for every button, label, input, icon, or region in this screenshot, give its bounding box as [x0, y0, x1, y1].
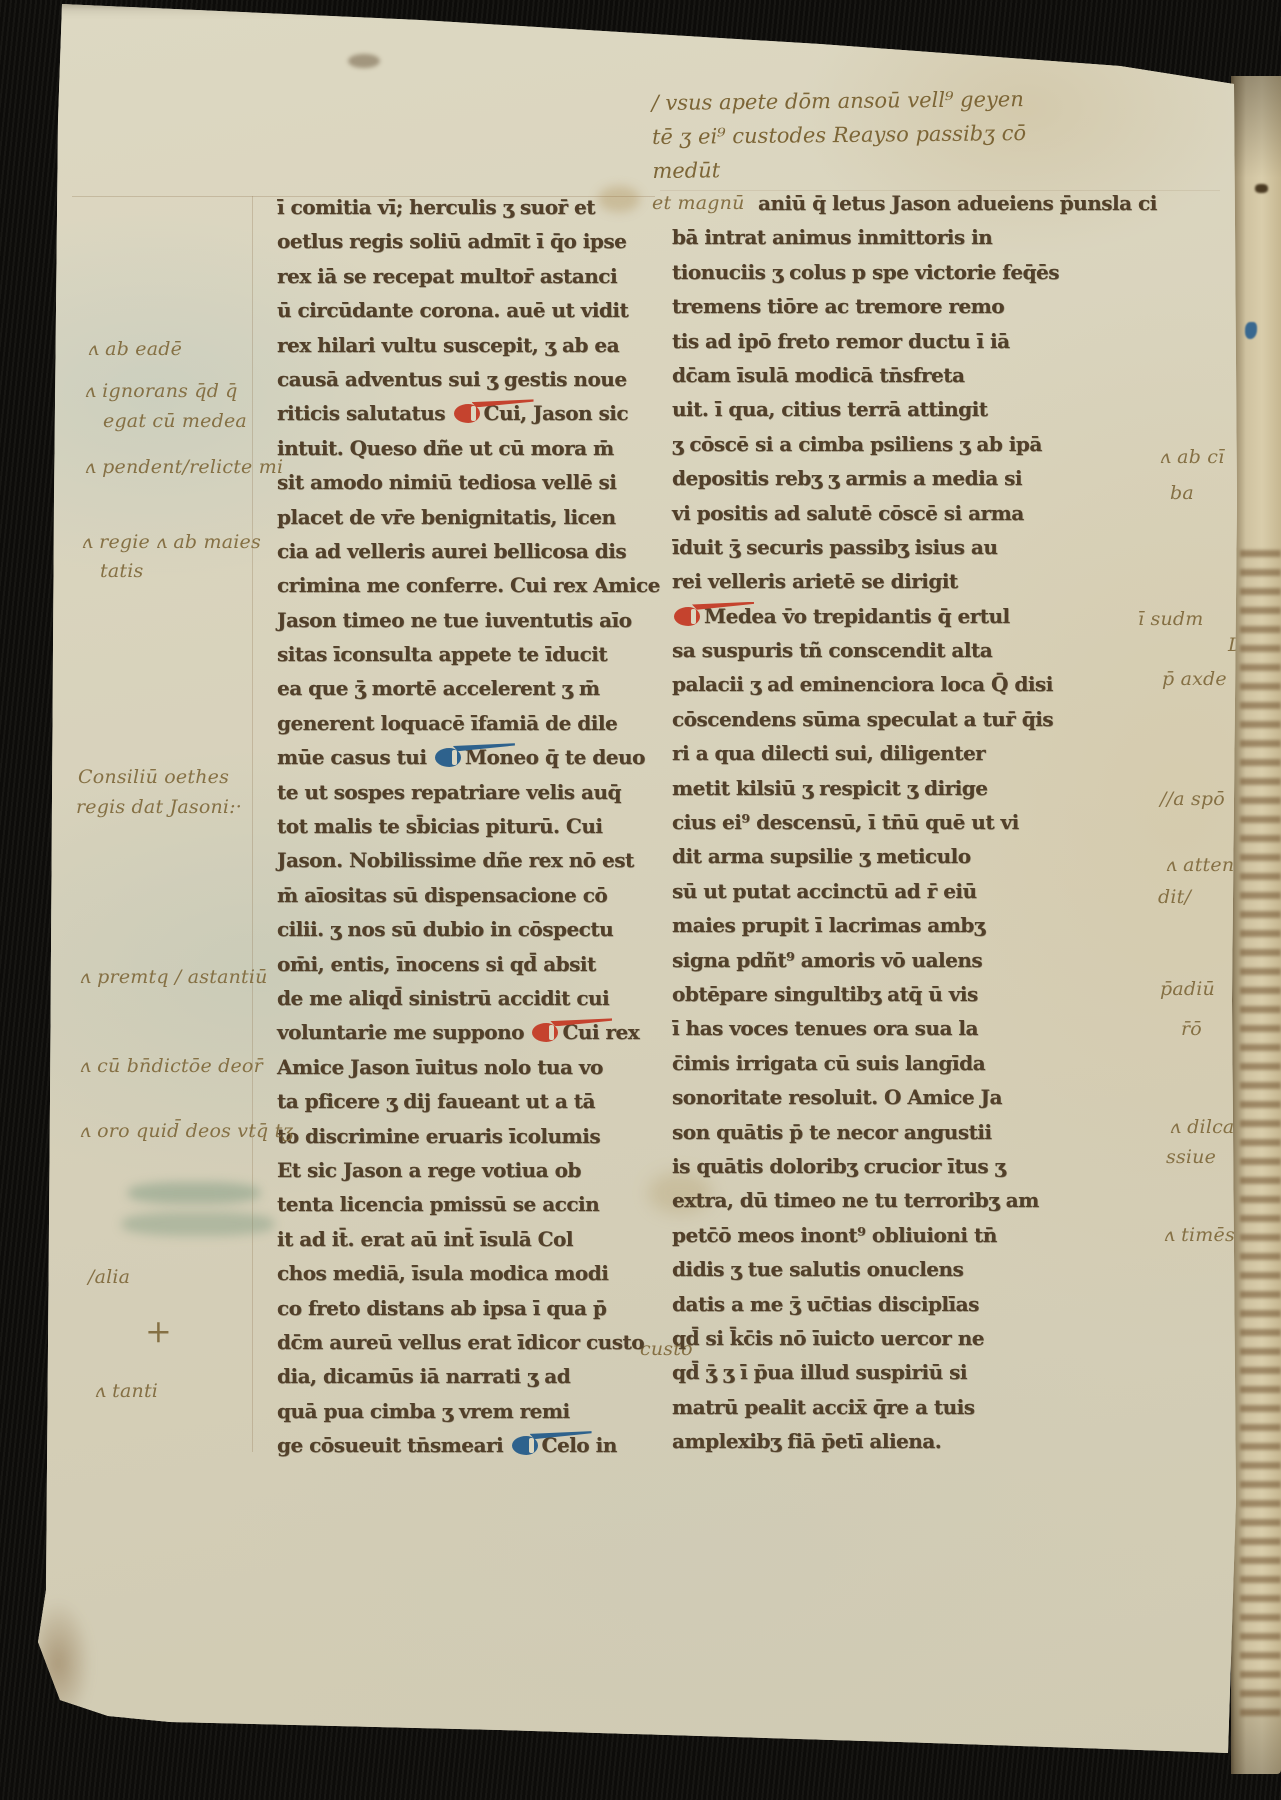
text-line: oetlus regis soliū admīt ī q̄o ipse [277, 224, 660, 258]
text-segment: crimina me conferre. Cui rex Amice [277, 573, 660, 597]
text-line: didis ʒ tue salutis onuclens [672, 1252, 1157, 1286]
text-segment: co freto distans ab ipsa ī qua p̄ [277, 1296, 606, 1320]
text-segment: rei velleris arietē se dirigit [672, 569, 958, 593]
text-segment: placet de vr̄e benignitatis, licen [277, 505, 616, 529]
margin-note: ʌ ignorans q̄d q̄ [85, 380, 238, 402]
text-line: crimina me conferre. Cui rex Amice [277, 568, 660, 602]
text-line: maies prupit ī lacrimas ambʒ [672, 908, 1157, 942]
margin-note: ʌ premtq / astantiū [80, 966, 268, 988]
photo-scene: / vsus apete dōm ansoū vell⁹ geyentē ʒ e… [0, 0, 1281, 1800]
fore-edge-showthrough-text [1240, 544, 1281, 1719]
text-segment: tionuciis ʒ colus p spe victorie feq̄ēs [672, 260, 1059, 284]
text-segment: dc̄am īsulā modicā tn̄sfreta [672, 363, 964, 387]
text-segment: dit arma supsilie ʒ meticulo [672, 844, 971, 868]
text-line: co freto distans ab ipsa ī qua p̄ [277, 1291, 660, 1325]
margin-note: p̄adiū [1160, 978, 1215, 1000]
text-column-left: ī comitia vī; herculis ʒ suor̄ etoetlus … [277, 190, 660, 1462]
text-segment: sū ut putat accinctū ad r̄ eiū [672, 879, 977, 903]
text-line: uit. ī qua, citius terrā attingit [672, 392, 1157, 426]
text-line: de me aliqd̄ sinistrū accidit cui [277, 981, 660, 1015]
text-segment: sonoritate resoluit. O Amice Ja [672, 1085, 1002, 1109]
text-line: riticis salutatus Cui, Jason sic [277, 396, 660, 430]
text-segment: te ut sospes repatriare velis auq̄ [277, 780, 621, 804]
text-line: quā pua cimba ʒ vrem remi [277, 1394, 660, 1428]
header-annotation: / vsus apete dōm ansoū vell⁹ geyentē ʒ e… [651, 82, 1026, 188]
text-segment: de me aliqd̄ sinistrū accidit cui [277, 986, 609, 1010]
margin-note: ʌ ab eadē [88, 338, 182, 360]
margin-note: ssiue [1166, 1146, 1216, 1168]
text-line: Jason. Nobilissime dñe rex nō est [277, 843, 660, 877]
text-line: sit amodo nimiū tediosa vellē si [277, 465, 660, 499]
text-line: voluntarie me suppono Cui rex [277, 1015, 660, 1049]
text-segment: ri a qua dilecti sui, diligenter [672, 741, 985, 765]
paragraph-mark-blue [512, 1436, 538, 1455]
text-segment: tot malis te sb̄icias piturū. Cui [277, 814, 602, 838]
margin-note: ī sudm [1138, 608, 1203, 630]
text-line: tot malis te sb̄icias piturū. Cui [277, 809, 660, 843]
text-line: īduit ʒ̄ securis passibʒ isius au [672, 530, 1157, 564]
text-segment: son quātis p̄ te necor angustii [672, 1120, 992, 1144]
text-segment: cia ad velleris aurei bellicosa dis [277, 539, 626, 563]
showthrough-text [122, 1212, 274, 1236]
text-line: Amice Jason īuitus nolo tua vo [277, 1050, 660, 1084]
text-segment: dia, dicamūs iā narrati ʒ ad [277, 1364, 570, 1388]
text-column-right: aniū q̄ letus Jason adueiens p̄unsla cib… [672, 186, 1157, 1458]
header-line-2: tē ʒ ei⁹ custodes Reayso passibʒ cō [652, 116, 1026, 154]
margin-note: Consiliū oethes [78, 766, 229, 788]
text-segment: Amice Jason īuitus nolo tua vo [277, 1055, 603, 1079]
text-segment: signa pdñt⁹ amoris vō ualens [672, 948, 982, 972]
margin-note: ʌ timēs [1164, 1224, 1235, 1246]
ruling-line-vertical [252, 196, 253, 1452]
text-segment: qd̄ ʒ̄ ʒ ī p̄ua illud suspiriū si [672, 1360, 967, 1384]
margin-note: ʌ cū bn̄dictōe deor̄ [80, 1055, 263, 1077]
paragraph-mark-red [674, 607, 700, 626]
text-segment: rex hilari vultu suscepit, ʒ ab ea [277, 333, 619, 357]
text-segment: tis ad ipō freto remor ductu ī iā [672, 329, 1010, 353]
paragraph-mark-red [454, 404, 480, 423]
text-line: dit arma supsilie ʒ meticulo [672, 839, 1157, 873]
text-segment: chos mediā, īsula modica modi [277, 1261, 608, 1285]
text-line: sonoritate resoluit. O Amice Ja [672, 1080, 1157, 1114]
text-segment: ī comitia vī; herculis ʒ suor̄ et [277, 195, 595, 219]
text-line: is quātis doloribʒ crucior ītus ʒ [672, 1149, 1157, 1183]
text-line: intuit. Queso dñe ut cū mora m̄ [277, 431, 660, 465]
text-segment: dc̄m aureū vellus erat īdicor custo [277, 1330, 644, 1354]
text-segment: tremens tiōre ac tremore remo [672, 294, 1004, 318]
text-segment: ī has voces tenues ora sua la [672, 1016, 978, 1040]
text-segment: īduit ʒ̄ securis passibʒ isius au [672, 535, 997, 559]
text-segment: ta pficere ʒ dij faueant ut a tā [277, 1089, 595, 1113]
text-segment: uit. ī qua, citius terrā attingit [672, 397, 988, 421]
text-segment: sit amodo nimiū tediosa vellē si [277, 470, 616, 494]
margin-note: tatis [100, 560, 143, 582]
text-segment: sa suspuris tñ conscendit alta [672, 638, 992, 662]
margin-note: //a spō [1160, 788, 1225, 810]
text-segment: cius ei⁹ descensū, ī tn̄ū quē ut vi [672, 810, 1019, 834]
text-line: mūe casus tui Moneo q̄ te deuo [277, 740, 660, 774]
text-line: tenta licencia pmissū se accin [277, 1187, 660, 1221]
text-line: cilii. ʒ nos sū dubio in cōspectu [277, 912, 660, 946]
margin-note: ʌ ab cī [1160, 446, 1224, 468]
margin-note: ʌ atten [1166, 854, 1234, 876]
text-segment: amplexibʒ fiā p̄etī aliena. [672, 1429, 941, 1453]
text-segment: obtēpare singultibʒ atq̄ ū vis [672, 982, 978, 1006]
text-line: ea que ʒ̄ mortē accelerent ʒ m̄ [277, 671, 660, 705]
text-line: vi positis ad salutē cōscē si arma [672, 496, 1157, 530]
text-segment: Jason. Nobilissime dñe rex nō est [277, 848, 634, 872]
paragraph-mark-blue [435, 748, 461, 767]
text-line: Et sic Jason a rege votiua ob [277, 1153, 660, 1187]
text-line: cius ei⁹ descensū, ī tn̄ū quē ut vi [672, 805, 1157, 839]
text-segment: depositis rebʒ ʒ armis a media si [672, 466, 1022, 490]
margin-note: ʌ oro quid̄ deos vtq̄ tʒ [80, 1120, 293, 1142]
text-line: aniū q̄ letus Jason adueiens p̄unsla ci [672, 186, 1157, 220]
fore-edge-ink-mark [1255, 184, 1268, 193]
margin-note: p̄ axde [1162, 668, 1227, 690]
margin-note: regis dat Jasoni:· [76, 796, 242, 818]
text-segment: rex iā se recepat multor̄ astanci [277, 264, 617, 288]
text-line: ī has voces tenues ora sua la [672, 1011, 1157, 1045]
text-segment: causā adventus sui ʒ gestis noue [277, 367, 627, 391]
header-line-3: medūt [652, 150, 1026, 188]
text-segment: Jason timeo ne tue iuventutis aīo [277, 608, 632, 632]
text-segment: Et sic Jason a rege votiua ob [277, 1158, 581, 1182]
text-line: m̄ aīositas sū dispensacione cō [277, 878, 660, 912]
text-line: son quātis p̄ te necor angustii [672, 1115, 1157, 1149]
text-segment: aniū q̄ letus Jason adueiens p̄unsla ci [758, 191, 1157, 215]
text-segment: mūe casus tui [277, 745, 433, 769]
margin-note: ba [1170, 482, 1194, 504]
text-line: tremens tiōre ac tremore remo [672, 289, 1157, 323]
text-line: depositis rebʒ ʒ armis a media si [672, 461, 1157, 495]
text-line: to discrimine eruaris īcolumis [277, 1119, 660, 1153]
text-line: rei velleris arietē se dirigit [672, 564, 1157, 598]
text-segment: sitas īconsulta appete te īducit [277, 642, 607, 666]
text-line: om̄i, entis, īnocens si qd̄ absit [277, 947, 660, 981]
text-line: signa pdñt⁹ amoris vō ualens [672, 943, 1157, 977]
manuscript-page: / vsus apete dōm ansoū vell⁹ geyentē ʒ e… [0, 0, 1281, 1800]
text-line: amplexibʒ fiā p̄etī aliena. [672, 1424, 1157, 1458]
text-segment: generent loquacē īfamiā de dile [277, 711, 617, 735]
text-segment: qd̄ si k̄c̄is nō īuicto uercor ne [672, 1326, 984, 1350]
next-page-fore-edge [1231, 76, 1281, 1774]
text-line: ri a qua dilecti sui, diligenter [672, 736, 1157, 770]
margin-note: r̄ō [1181, 1018, 1202, 1040]
ink-smudge [348, 54, 380, 68]
text-line: metit kilsiū ʒ respicit ʒ dirige [672, 771, 1157, 805]
text-segment: m̄ aīositas sū dispensacione cō [277, 883, 607, 907]
text-segment: it ad it̄. erat aū int̄ īsulā Col [277, 1227, 573, 1251]
text-segment: petc̄ō meos inont⁹ obliuioni tn̄ [672, 1223, 997, 1247]
text-segment: matrū pealit accix̄ q̄re a tuis [672, 1395, 975, 1419]
text-segment: voluntarie me suppono [277, 1020, 530, 1044]
text-line: dc̄m aureū vellus erat īdicor custo [277, 1325, 660, 1359]
text-segment: didis ʒ tue salutis onuclens [672, 1257, 963, 1281]
margin-note: ʌ dilca [1170, 1116, 1234, 1138]
text-segment: maies prupit ī lacrimas ambʒ [672, 913, 985, 937]
margin-note: ʌ tanti [95, 1380, 158, 1402]
text-line: qd̄ si k̄c̄is nō īuicto uercor ne [672, 1321, 1157, 1355]
text-line: placet de vr̄e benignitatis, licen [277, 500, 660, 534]
text-segment: Cui, Jason sic [484, 401, 629, 425]
header-line-1: / vsus apete dōm ansoū vell⁹ geyen [651, 82, 1025, 120]
text-segment: datis a me ʒ̄ uc̄tias disciplīas [672, 1292, 979, 1316]
text-segment: extra, dū timeo ne tu terroribʒ am [672, 1188, 1039, 1212]
text-segment: cilii. ʒ nos sū dubio in cōspectu [277, 917, 613, 941]
text-line: tionuciis ʒ colus p spe victorie feq̄ēs [672, 255, 1157, 289]
text-line: datis a me ʒ̄ uc̄tias disciplīas [672, 1287, 1157, 1321]
text-segment: ū circūdante corona. auē ut vidit [277, 298, 628, 322]
text-segment: tenta licencia pmissū se accin [277, 1192, 599, 1216]
text-line: causā adventus sui ʒ gestis noue [277, 362, 660, 396]
margin-note: ʌ pendent/relicte mi [85, 456, 283, 478]
text-line: extra, dū timeo ne tu terroribʒ am [672, 1183, 1157, 1217]
paragraph-mark-red [532, 1023, 558, 1042]
text-line: ta pficere ʒ dij faueant ut a tā [277, 1084, 660, 1118]
text-line: sitas īconsulta appete te īducit [277, 637, 660, 671]
text-line: Medea v̄o trepidantis q̄ ertul [672, 599, 1157, 633]
text-line: generent loquacē īfamiā de dile [277, 706, 660, 740]
text-line: dia, dicamūs iā narrati ʒ ad [277, 1359, 660, 1393]
text-segment: palacii ʒ ad eminenciora loca Q̄ disi [672, 672, 1053, 696]
margin-note: ʌ regie ʌ ab maies [82, 531, 261, 553]
text-segment: ea que ʒ̄ mortē accelerent ʒ m̄ [277, 676, 600, 700]
text-line: ū circūdante corona. auē ut vidit [277, 293, 660, 327]
text-segment: quā pua cimba ʒ vrem remi [277, 1399, 570, 1423]
text-line: obtēpare singultibʒ atq̄ ū vis [672, 977, 1157, 1011]
text-line: petc̄ō meos inont⁹ obliuioni tn̄ [672, 1218, 1157, 1252]
text-line: bā intrat animus inmittoris in [672, 220, 1157, 254]
text-segment: to discrimine eruaris īcolumis [277, 1124, 600, 1148]
text-line: cōscendens sūma speculat a tur̄ q̄is [672, 702, 1157, 736]
margin-note: /alia [88, 1266, 130, 1288]
text-line: Jason timeo ne tue iuventutis aīo [277, 603, 660, 637]
margin-note: + [145, 1312, 172, 1350]
text-line: c̄imis irrigata cū suis langīda [672, 1046, 1157, 1080]
text-segment: oetlus regis soliū admīt ī q̄o ipse [277, 229, 626, 253]
text-segment: is quātis doloribʒ crucior ītus ʒ [672, 1154, 1005, 1178]
text-segment: om̄i, entis, īnocens si qd̄ absit [277, 952, 596, 976]
margin-note: dit/ [1158, 886, 1191, 908]
text-line: ʒ cōscē si a cimba psiliens ʒ ab ipā [672, 427, 1157, 461]
text-line: dc̄am īsulā modicā tn̄sfreta [672, 358, 1157, 392]
text-line: matrū pealit accix̄ q̄re a tuis [672, 1390, 1157, 1424]
text-line: palacii ʒ ad eminenciora loca Q̄ disi [672, 667, 1157, 701]
text-line: te ut sospes repatriare velis auq̄ [277, 775, 660, 809]
margin-note: egat cū medea [103, 410, 247, 432]
text-line: rex iā se recepat multor̄ astanci [277, 259, 660, 293]
text-line: chos mediā, īsula modica modi [277, 1256, 660, 1290]
text-segment: cōscendens sūma speculat a tur̄ q̄is [672, 707, 1053, 731]
text-line: it ad it̄. erat aū int̄ īsulā Col [277, 1222, 660, 1256]
text-line: sū ut putat accinctū ad r̄ eiū [672, 874, 1157, 908]
text-segment: Moneo q̄ te deuo [465, 745, 645, 769]
text-line: tis ad ipō freto remor ductu ī iā [672, 324, 1157, 358]
text-segment: metit kilsiū ʒ respicit ʒ dirige [672, 776, 987, 800]
text-segment: c̄imis irrigata cū suis langīda [672, 1051, 985, 1075]
text-line: rex hilari vultu suscepit, ʒ ab ea [277, 328, 660, 362]
text-line: cia ad velleris aurei bellicosa dis [277, 534, 660, 568]
showthrough-text [128, 1182, 260, 1204]
text-line: qd̄ ʒ̄ ʒ ī p̄ua illud suspiriū si [672, 1355, 1157, 1389]
text-segment: ʒ cōscē si a cimba psiliens ʒ ab ipā [672, 432, 1042, 456]
text-line: ī comitia vī; herculis ʒ suor̄ et [277, 190, 660, 224]
text-segment: riticis salutatus [277, 401, 452, 425]
text-segment: Medea v̄o trepidantis q̄ ertul [704, 604, 1010, 628]
text-segment: vi positis ad salutē cōscē si arma [672, 501, 1024, 525]
text-segment: ge cōsueuit tn̄smeari [277, 1433, 510, 1457]
text-line: ge cōsueuit tn̄smeari Celo in [277, 1428, 660, 1462]
text-segment: bā intrat animus inmittoris in [672, 225, 992, 249]
text-segment: intuit. Queso dñe ut cū mora m̄ [277, 436, 614, 460]
text-line: sa suspuris tñ conscendit alta [672, 633, 1157, 667]
